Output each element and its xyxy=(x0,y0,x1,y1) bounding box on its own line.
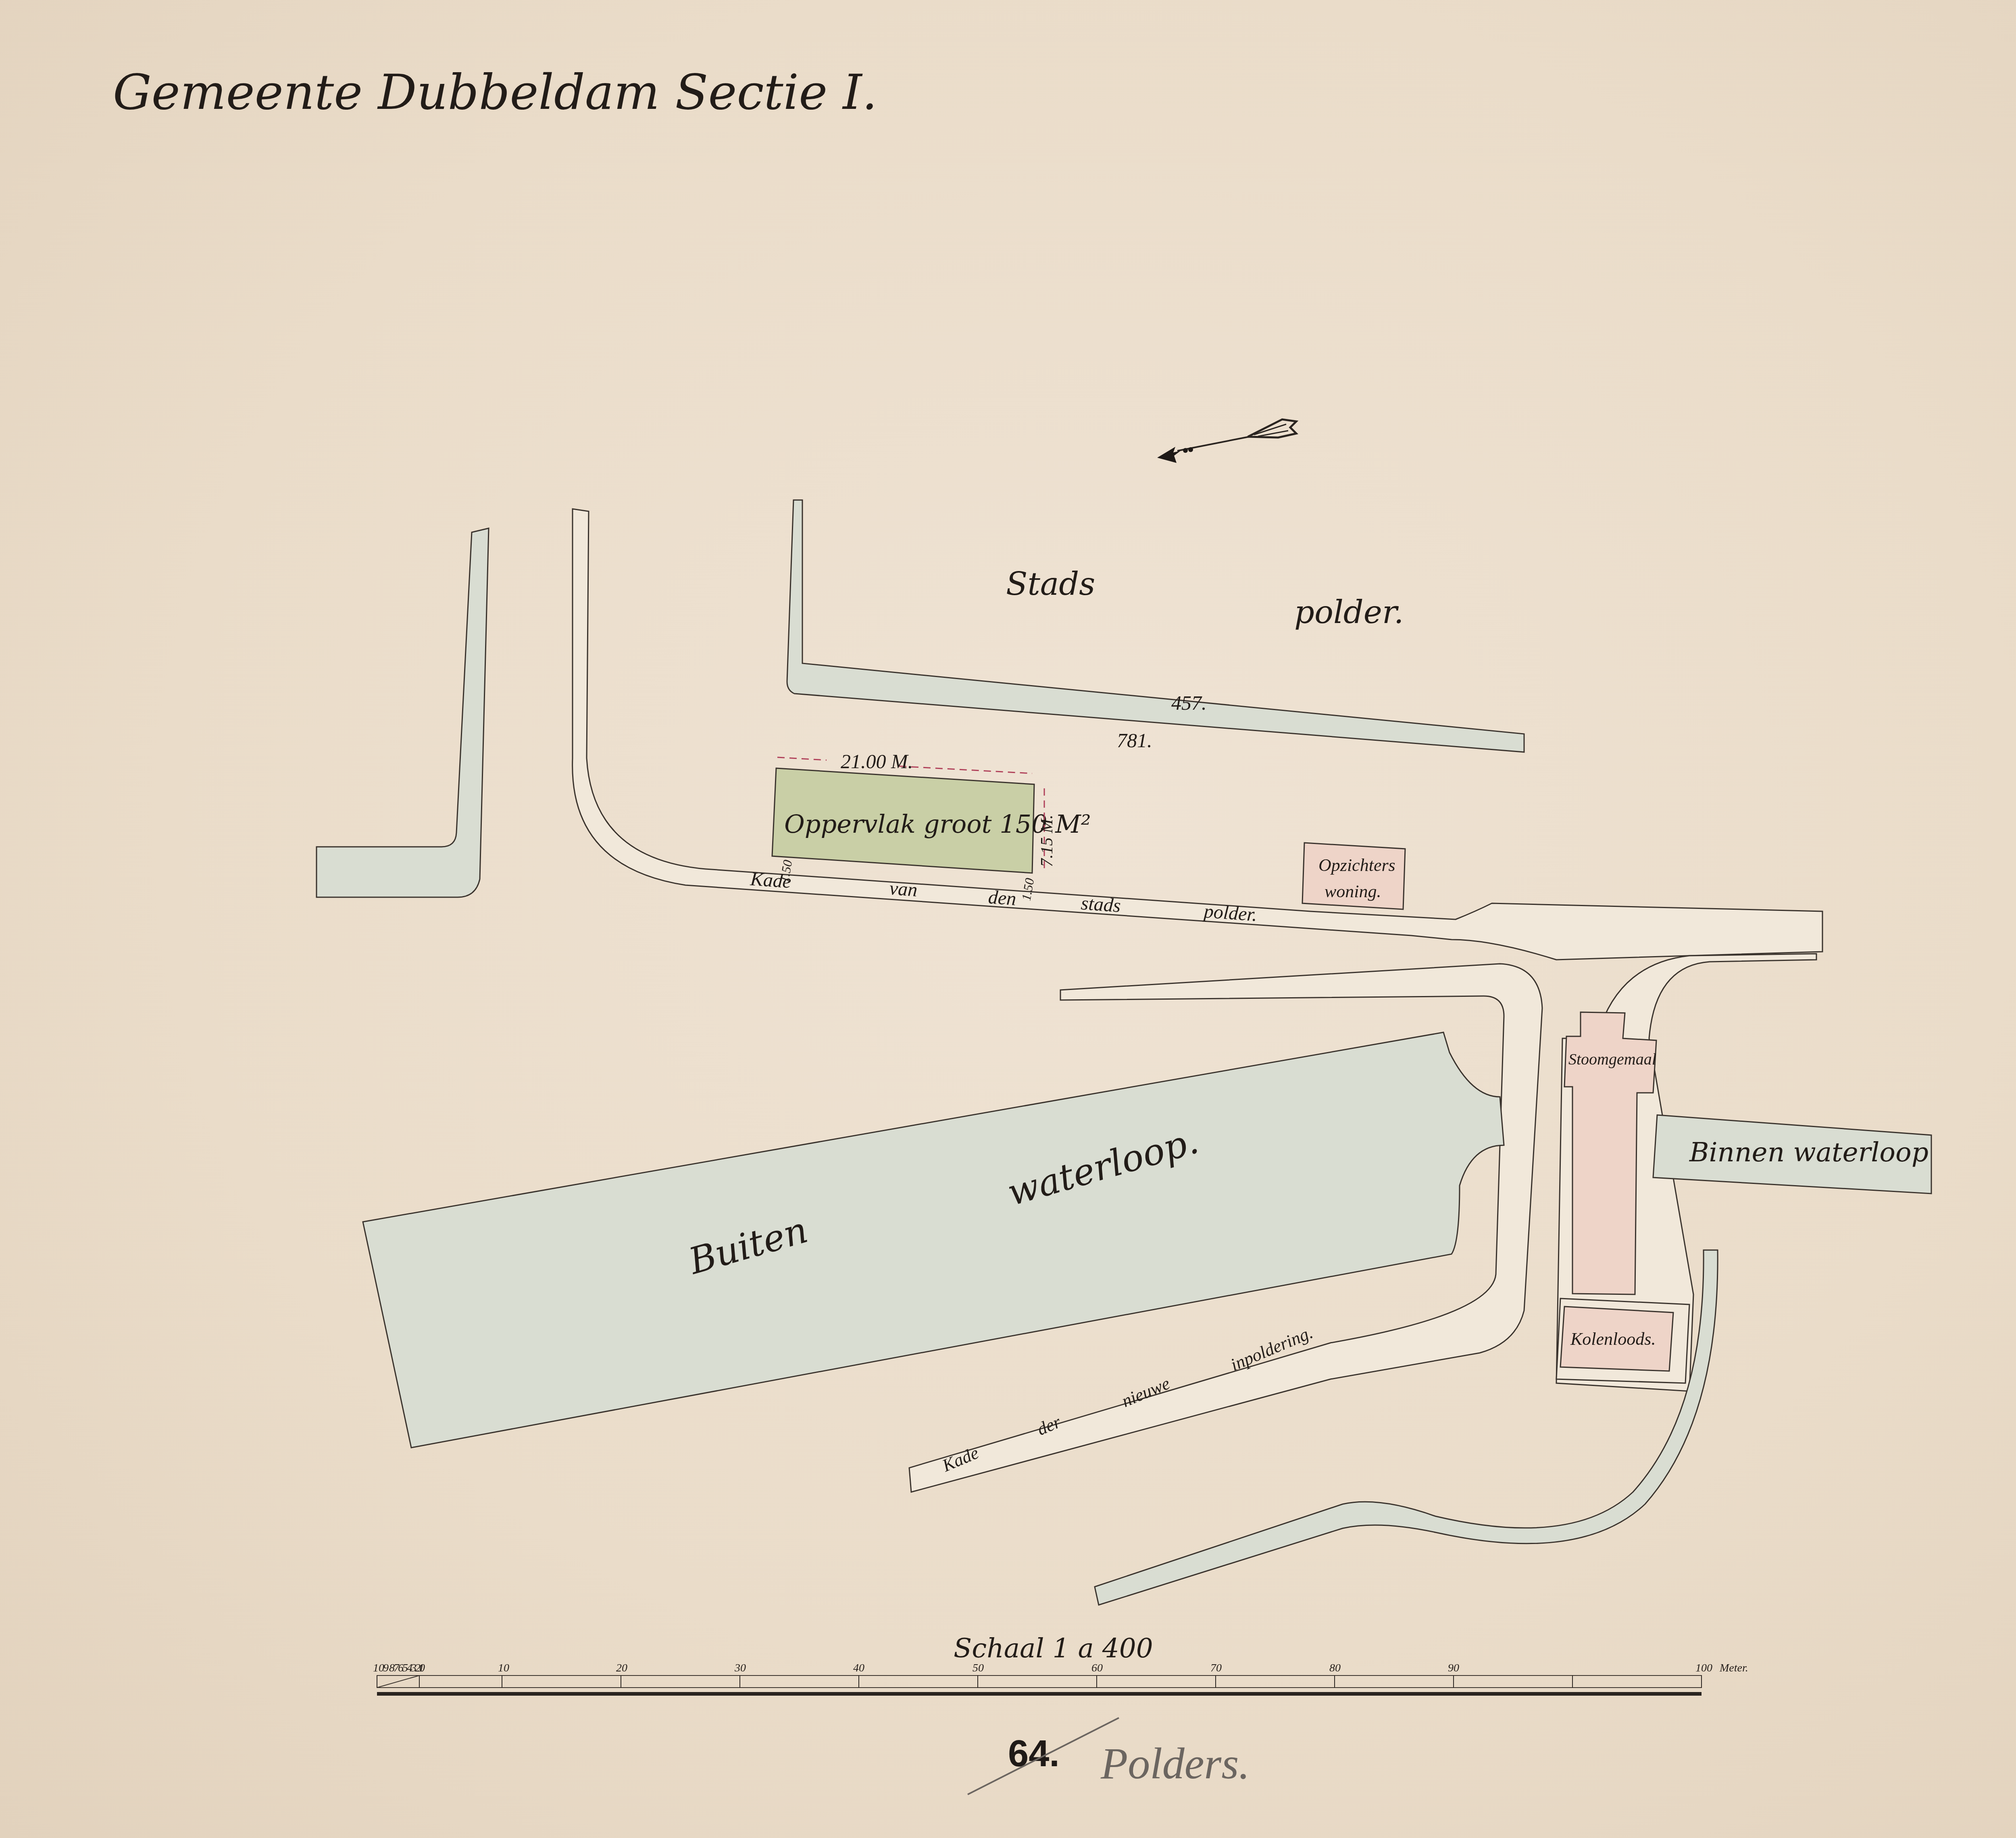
svg-text:0: 0 xyxy=(419,1662,425,1674)
svg-text:90: 90 xyxy=(1448,1662,1459,1674)
cadastral-map: Gemeente Dubbeldam Sectie I. Stads polde… xyxy=(0,0,2016,1838)
parcel-depth-label: 7.15 M. xyxy=(1038,815,1056,867)
building-kolenloods[interactable]: Kolenloods. xyxy=(1556,1298,1689,1383)
label-stads: Stads xyxy=(1006,566,1095,602)
dike-stads-polder xyxy=(573,509,1822,960)
building-opzichters-woning[interactable]: Opzichters woning. xyxy=(1302,843,1405,909)
svg-text:40: 40 xyxy=(853,1662,864,1674)
scale-sub-ticks xyxy=(377,1675,1702,1688)
parcel-width-label: 21.00 M. xyxy=(841,750,913,773)
pencil-strike xyxy=(968,1718,1119,1794)
scale-bar: Schaal 1 a 400 10 9 8 7 6 5 4 3 xyxy=(373,1633,1748,1696)
label-polder: polder. xyxy=(1294,594,1404,631)
svg-text:van: van xyxy=(889,877,918,901)
svg-text:9: 9 xyxy=(383,1662,389,1674)
label-parcel-457: 457. xyxy=(1171,692,1207,714)
svg-text:60: 60 xyxy=(1091,1662,1103,1674)
scale-unit: Meter. xyxy=(1719,1662,1748,1674)
map-title: Gemeente Dubbeldam Sectie I. xyxy=(113,65,877,121)
sheet-number: 64. xyxy=(1008,1733,1060,1774)
svg-text:Kade: Kade xyxy=(749,868,792,892)
svg-text:70: 70 xyxy=(1210,1662,1222,1674)
label-parcel-781: 781. xyxy=(1117,729,1152,752)
label-stoomgemaal: Stoomgemaal xyxy=(1568,1050,1656,1068)
north-arrow-icon xyxy=(1157,419,1296,463)
scale-title: Schaal 1 a 400 xyxy=(954,1633,1153,1664)
ditch-left xyxy=(317,528,489,897)
svg-text:den: den xyxy=(987,886,1017,910)
svg-text:20: 20 xyxy=(616,1662,627,1674)
label-binnen-waterloop: Binnen waterloop xyxy=(1689,1137,1929,1168)
svg-text:polder.: polder. xyxy=(1202,900,1258,925)
buiten-waterloop xyxy=(363,1032,1504,1448)
svg-text:30: 30 xyxy=(734,1662,746,1674)
label-woning: woning. xyxy=(1325,881,1381,901)
pencil-note: Polders. xyxy=(1100,1739,1250,1788)
svg-text:50: 50 xyxy=(973,1662,984,1674)
svg-text:10: 10 xyxy=(498,1662,509,1674)
svg-text:80: 80 xyxy=(1329,1662,1341,1674)
ditch-stads-polder xyxy=(787,500,1524,752)
svg-text:10: 10 xyxy=(373,1662,384,1674)
svg-text:stads: stads xyxy=(1080,892,1121,917)
label-kolenloods: Kolenloods. xyxy=(1570,1329,1656,1349)
label-opzichters: Opzichters xyxy=(1318,855,1395,875)
svg-text:100: 100 xyxy=(1695,1662,1712,1674)
